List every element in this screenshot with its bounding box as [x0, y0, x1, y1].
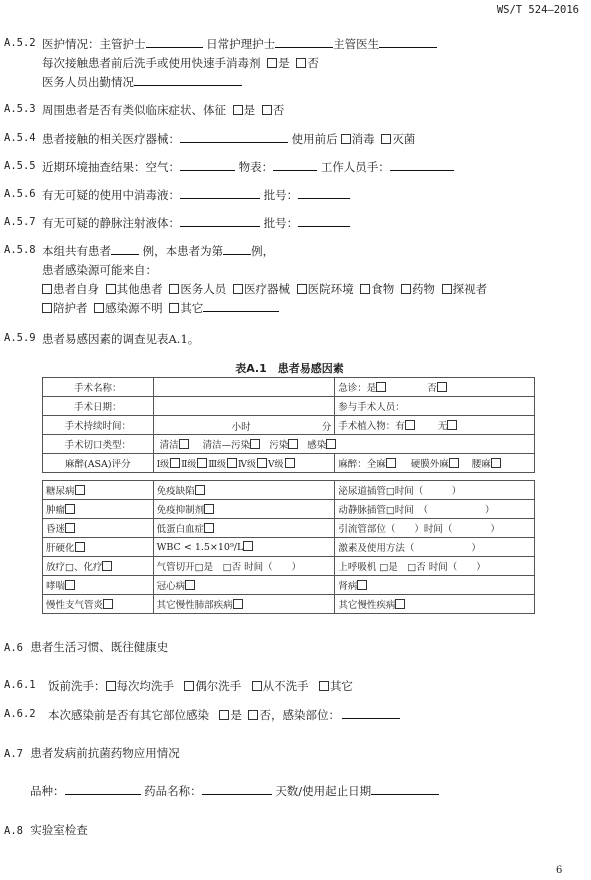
batch-field[interactable]: [298, 215, 350, 227]
emergency-yes-label: 急诊：是: [338, 383, 376, 394]
table-row: 手术日期： 参与手术人员：: [43, 397, 535, 416]
source-option: 药物: [412, 282, 435, 296]
checkbox-source[interactable]: [442, 284, 452, 294]
checkbox-incision[interactable]: [250, 439, 260, 449]
susceptibility-table: 手术名称： 急诊：是否 手术日期： 参与手术人员： 手术持续时间： 小时分 手术…: [42, 377, 535, 473]
implant-no-label: 无: [438, 421, 448, 432]
source-option: 其它: [180, 301, 203, 315]
table-row: 糖尿病免疫缺陷泌尿道插管□时间（ ）: [43, 481, 535, 500]
checkbox-no[interactable]: [296, 58, 306, 68]
patient-index-field[interactable]: [223, 243, 251, 255]
group-count-label: 本组共有患者: [42, 244, 111, 258]
section-number: A.7: [4, 748, 23, 760]
disinfectant-field[interactable]: [180, 187, 260, 199]
section-number: A.8: [4, 825, 23, 837]
batch-label: 批号：: [264, 216, 299, 230]
surgery-name-field[interactable]: [153, 378, 335, 397]
factor-cell[interactable]: 哮喘: [43, 576, 154, 595]
checkbox-incision[interactable]: [326, 439, 336, 449]
surgery-date-label: 手术日期：: [43, 397, 154, 416]
checkbox-asa[interactable]: [257, 458, 267, 468]
table-row: 手术持续时间： 小时分 手术植入物：有无: [43, 416, 535, 435]
factor-cell[interactable]: 肿瘤: [43, 500, 154, 519]
surface-label: 物表：: [239, 160, 274, 174]
source-option: 探视者: [453, 282, 488, 296]
yes-label: 是: [244, 103, 256, 117]
unit-label: 例，: [251, 244, 274, 258]
checkbox-source[interactable]: [233, 284, 243, 294]
table-row: 肝硬化WBC < 1.5×10⁹/L激素及使用方法（ ）: [43, 538, 535, 557]
checkbox-yes[interactable]: [219, 710, 229, 720]
factor-cell[interactable]: 慢性支气管炎: [43, 595, 154, 614]
checkbox-yes[interactable]: [267, 58, 277, 68]
sterilize-label: 灭菌: [392, 132, 415, 146]
factor-cell[interactable]: 动静脉插管□时间 （ ）: [335, 500, 535, 519]
asa-grade-options: Ⅰ级Ⅱ级Ⅲ级Ⅳ级Ⅴ级: [153, 454, 335, 473]
checkbox-lumbar[interactable]: [491, 458, 501, 468]
section-a-6-heading: A.6 患者生活习惯、既往健康史: [4, 639, 168, 655]
section-number: A.6: [4, 642, 23, 654]
daily-nurse-label: 日常护理护士: [206, 37, 275, 51]
days-label: 天数/使用起止日期: [275, 784, 371, 798]
disinfect-label: 消毒: [352, 132, 375, 146]
surface-field[interactable]: [273, 159, 317, 171]
habit-option: 从不洗手: [263, 679, 309, 693]
reference-text: 患者易感因素的调查见表A.1。: [42, 331, 199, 347]
factor-cell[interactable]: 放疗□、化疗: [43, 557, 154, 576]
drug-name-field[interactable]: [202, 783, 272, 795]
devices-field[interactable]: [180, 131, 288, 143]
section-number: A.5.7: [4, 216, 36, 228]
disinfectant-label: 有无可疑的使用中消毒液：: [42, 188, 180, 202]
checkbox-implant-yes[interactable]: [405, 420, 415, 430]
section-a-5-8: A.5.8 本组共有患者 例，本患者为第例， 患者感染源可能来自： 患者自身 其…: [0, 243, 591, 323]
checkbox-incision[interactable]: [179, 439, 189, 449]
prior-infection-question: 本次感染前是否有其它部位感染: [48, 708, 209, 722]
incision-option: 污染: [269, 440, 288, 451]
source-option: 食物: [371, 282, 394, 296]
checkbox-no[interactable]: [248, 710, 258, 720]
incision-option: 清洁: [160, 440, 179, 451]
checkbox-sterilize[interactable]: [381, 134, 391, 144]
checkbox-implant-no[interactable]: [447, 420, 457, 430]
section-number: A.5.6: [4, 188, 36, 200]
habit-option: 偶尔洗手: [195, 679, 241, 693]
checkbox-habit[interactable]: [319, 681, 329, 691]
checkbox-habit[interactable]: [252, 681, 262, 691]
head-nurse-field[interactable]: [146, 36, 203, 48]
checkbox-habit[interactable]: [184, 681, 194, 691]
factor-cell[interactable]: 肝硬化: [43, 538, 154, 557]
factor-cell[interactable]: 免疫缺陷: [153, 481, 335, 500]
no-label: 否: [273, 103, 285, 117]
checkbox-asa[interactable]: [170, 458, 180, 468]
checkbox-yes[interactable]: [233, 105, 243, 115]
page-number: 6: [556, 865, 562, 876]
general-anesthesia-label: 麻醉：全麻: [338, 459, 386, 470]
daily-nurse-field[interactable]: [275, 36, 333, 48]
yes-label: 是: [278, 56, 290, 70]
implant-cell: 手术植入物：有无: [335, 416, 535, 435]
checkbox-asa[interactable]: [285, 458, 295, 468]
batch-field[interactable]: [298, 187, 350, 199]
devices-label: 患者接触的相关医疗器械：: [42, 132, 180, 146]
incision-option: 感染: [307, 440, 326, 451]
factor-cell[interactable]: 其它慢性肺部疾病: [153, 595, 335, 614]
factor-cell[interactable]: 低蛋白血症: [153, 519, 335, 538]
table-caption: 表A.1 患者易感因素: [0, 360, 585, 376]
checkbox-source[interactable]: [401, 284, 411, 294]
checkbox-source[interactable]: [360, 284, 370, 294]
source-options-row1: 患者自身 其他患者 医务人员 医疗器械 医院环境 食物 药物 探视者: [42, 281, 487, 297]
question: 周围患者是否有类似临床症状、体征: [42, 103, 226, 117]
factor-cell[interactable]: WBC < 1.5×10⁹/L: [153, 538, 335, 557]
section-a-7-heading: A.7 患者发病前抗菌药物应用情况: [4, 745, 180, 761]
asa-grade: Ⅱ级: [181, 460, 196, 470]
drug-name-label: 药品名称：: [144, 784, 202, 798]
handwash-question: 每次接触患者前后洗手或使用快速手消毒剂: [42, 56, 261, 70]
source-option: 医疗器械: [244, 282, 290, 296]
asa-grade: Ⅰ级: [157, 460, 170, 470]
head-nurse-label: 医护情况：主管护士: [42, 37, 146, 51]
checkbox-source[interactable]: [106, 284, 116, 294]
asa-grade: Ⅴ级: [268, 460, 284, 470]
incision-type-options: 清洁 清洁—污染 污染 感染: [153, 435, 534, 454]
antibiotic-row: 品种： 药品名称： 天数/使用起止日期: [30, 783, 439, 799]
attendance-field[interactable]: [134, 74, 242, 86]
other-source-field[interactable]: [203, 300, 279, 312]
section-number: A.5.9: [4, 332, 36, 344]
checkbox-emergency-no[interactable]: [437, 382, 447, 392]
air-label: 近期环境抽查结果：空气：: [42, 160, 180, 174]
table-row: 肿瘤免疫抑制剂动静脉插管□时间 （ ）: [43, 500, 535, 519]
before-after-label: 使用前后: [292, 132, 338, 146]
no-label: 否: [307, 56, 319, 70]
checkbox-source[interactable]: [94, 303, 104, 313]
surgery-date-field[interactable]: [153, 397, 335, 416]
hours-label: 小时: [232, 419, 251, 433]
batch-label: 批号：: [264, 188, 299, 202]
factor-cell[interactable]: 引流管部位（ ）时间（ ）: [335, 519, 535, 538]
incision-type-label: 手术切口类型：: [43, 435, 154, 454]
source-option: 患者自身: [53, 282, 99, 296]
asa-grade: Ⅳ级: [238, 460, 256, 470]
epidural-label: 硬膜外麻: [411, 459, 449, 470]
section-a-5-2: A.5.2 医护情况：主管护士 日常护理护士主管医生 每次接触患者前后洗手或使用…: [0, 36, 591, 96]
kind-field[interactable]: [65, 783, 141, 795]
surgery-staff-label[interactable]: 参与手术人员：: [335, 397, 535, 416]
days-field[interactable]: [371, 783, 439, 795]
factor-cell[interactable]: 其它慢性疾病: [335, 595, 535, 614]
emergency-cell: 急诊：是否: [335, 378, 535, 397]
patient-index-label: 例，本患者为第: [143, 244, 224, 258]
source-option: 医务人员: [180, 282, 226, 296]
source-option: 医院环境: [308, 282, 354, 296]
doctor-field[interactable]: [379, 36, 437, 48]
checkbox-source[interactable]: [42, 303, 52, 313]
factor-cell[interactable]: 昏迷: [43, 519, 154, 538]
source-option: 陪护者: [53, 301, 88, 315]
factor-cell[interactable]: 冠心病: [153, 576, 335, 595]
checkbox-incision[interactable]: [288, 439, 298, 449]
kind-label: 品种：: [30, 784, 65, 798]
source-label: 患者感染源可能来自：: [42, 262, 157, 278]
incision-option: 清洁—污染: [203, 440, 251, 451]
factor-cell[interactable]: 免疫抑制剂: [153, 500, 335, 519]
checkbox-source[interactable]: [169, 303, 179, 313]
habit-option: 每次均洗手: [117, 679, 175, 693]
iv-fluid-field[interactable]: [180, 215, 260, 227]
section-number: A.5.2: [4, 37, 36, 49]
asa-grade: Ⅲ级: [208, 460, 226, 470]
table-row: 昏迷低蛋白血症引流管部位（ ）时间（ ）: [43, 519, 535, 538]
duration-label: 手术持续时间：: [43, 416, 154, 435]
source-option: 其他患者: [117, 282, 163, 296]
checkbox-emergency-yes[interactable]: [376, 382, 386, 392]
asa-score-label: 麻醉(ASA)评分: [43, 454, 154, 473]
habit-option: 其它: [330, 679, 353, 693]
table-row: 放疗□、化疗气管切开□是 □否 时间（ ）上呼吸机 □是 □否 时间（ ）: [43, 557, 535, 576]
checkbox-asa[interactable]: [227, 458, 237, 468]
air-field[interactable]: [180, 159, 235, 171]
susceptibility-factors-table: 糖尿病免疫缺陷泌尿道插管□时间（ ） 肿瘤免疫抑制剂动静脉插管□时间 （ ） 昏…: [42, 480, 535, 614]
handwash-before-meal-label: 饭前洗手：: [48, 679, 106, 693]
table-row: 哮喘冠心病肾病: [43, 576, 535, 595]
no-label: 否，感染部位：: [259, 708, 340, 722]
factor-cell[interactable]: 气管切开□是 □否 时间（ ）: [153, 557, 335, 576]
section-title: 患者生活习惯、既往健康史: [30, 640, 168, 654]
yes-label: 是: [230, 708, 242, 722]
duration-field[interactable]: 小时分: [153, 416, 335, 435]
source-options-row2: 陪护者 感染源不明 其它: [42, 300, 279, 316]
emergency-no-label: 否: [427, 383, 437, 394]
table-row: 慢性支气管炎其它慢性肺部疾病其它慢性疾病: [43, 595, 535, 614]
factor-cell[interactable]: 糖尿病: [43, 481, 154, 500]
anesthesia-cell: 麻醉：全麻硬膜外麻腰麻: [335, 454, 535, 473]
section-number: A.5.4: [4, 132, 36, 144]
checkbox-asa[interactable]: [197, 458, 207, 468]
factor-cell[interactable]: 激素及使用方法（ ）: [335, 538, 535, 557]
doctor-label: 主管医生: [333, 37, 379, 51]
surgery-name-label: 手术名称：: [43, 378, 154, 397]
table-row: 手术名称： 急诊：是否: [43, 378, 535, 397]
section-number: A.6.2: [4, 708, 36, 720]
table-row: 手术切口类型： 清洁 清洁—污染 污染 感染: [43, 435, 535, 454]
section-number: A.5.8: [4, 244, 36, 256]
table-row: 麻醉(ASA)评分 Ⅰ级Ⅱ级Ⅲ级Ⅳ级Ⅴ级 麻醉：全麻硬膜外麻腰麻: [43, 454, 535, 473]
hands-field[interactable]: [390, 159, 454, 171]
factor-cell[interactable]: 肾病: [335, 576, 535, 595]
lumbar-label: 腰麻: [472, 459, 491, 470]
infection-site-field[interactable]: [342, 707, 400, 719]
section-a-8-heading: A.8 实验室检查: [4, 822, 88, 838]
iv-fluid-label: 有无可疑的静脉注射液体：: [42, 216, 180, 230]
checkbox-habit[interactable]: [106, 681, 116, 691]
factor-cell[interactable]: 泌尿道插管□时间（ ）: [335, 481, 535, 500]
hands-label: 工作人员手：: [321, 160, 390, 174]
checkbox-source[interactable]: [297, 284, 307, 294]
section-title: 实验室检查: [30, 823, 88, 837]
checkbox-no[interactable]: [262, 105, 272, 115]
factor-cell[interactable]: 上呼吸机 □是 □否 时间（ ）: [335, 557, 535, 576]
section-number: A.5.5: [4, 160, 36, 172]
document-id: WS/T 524—2016: [497, 4, 579, 16]
minutes-label: 分: [322, 419, 332, 433]
implant-yes-label: 手术植入物：有: [338, 421, 405, 432]
checkbox-epidural[interactable]: [449, 458, 459, 468]
checkbox-disinfect[interactable]: [341, 134, 351, 144]
section-number: A.5.3: [4, 103, 36, 115]
group-count-field[interactable]: [111, 243, 139, 255]
attendance-label: 医务人员出勤情况: [42, 75, 134, 89]
section-number: A.6.1: [4, 679, 36, 691]
section-title: 患者发病前抗菌药物应用情况: [30, 746, 180, 760]
checkbox-source[interactable]: [42, 284, 52, 294]
source-option: 感染源不明: [105, 301, 163, 315]
checkbox-general[interactable]: [386, 458, 396, 468]
checkbox-source[interactable]: [169, 284, 179, 294]
